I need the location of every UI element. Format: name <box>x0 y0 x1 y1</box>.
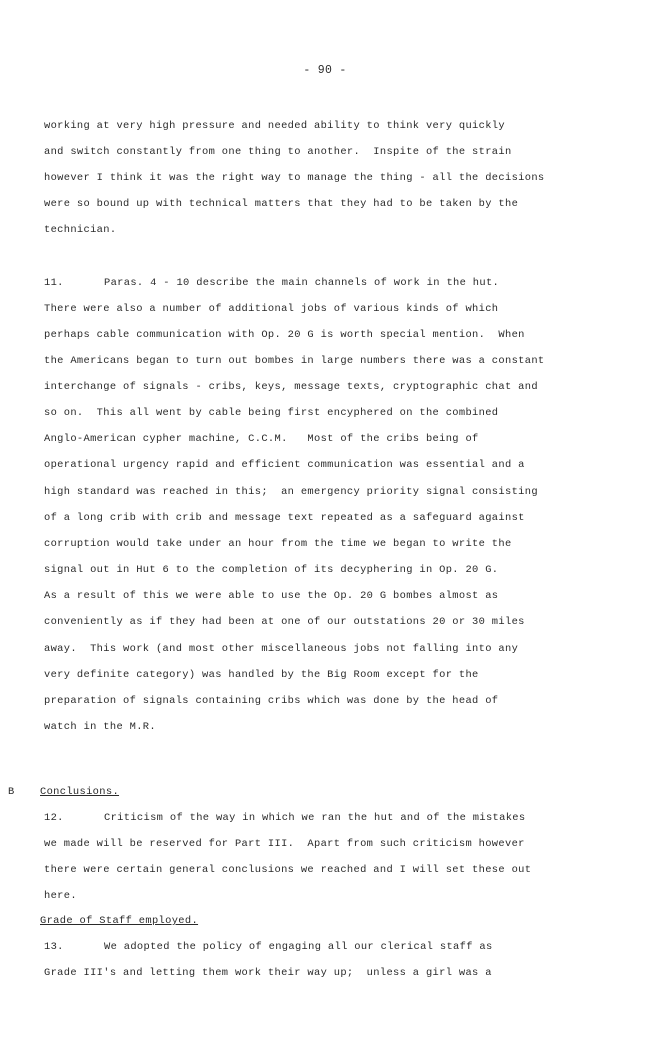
paragraph-11-line: so on. This all went by cable being firs… <box>44 407 498 420</box>
subheading: Grade of Staff employed. <box>40 915 198 928</box>
paragraph-number: 12. <box>44 812 104 825</box>
paragraph-12-line: there were certain general conclusions w… <box>44 864 531 877</box>
paragraph-12-line: we made will be reserved for Part III. A… <box>44 838 525 851</box>
section-letter: B <box>8 786 14 798</box>
paragraph-text: Paras. 4 - 10 describe the main channels… <box>104 277 499 289</box>
paragraph-12-first-line: 12.Criticism of the way in which we ran … <box>44 812 525 825</box>
paragraph-11-line: There were also a number of additional j… <box>44 303 498 316</box>
section-heading: Conclusions. <box>40 786 119 799</box>
paragraph-12-line: here. <box>44 890 77 903</box>
paragraph-11-line: operational urgency rapid and efficient … <box>44 459 525 472</box>
continuation-line: technician. <box>44 224 116 237</box>
page-number: - 90 - <box>0 64 650 77</box>
paragraph-text: We adopted the policy of engaging all ou… <box>104 941 493 953</box>
paragraph-11-line: preparation of signals containing cribs … <box>44 695 498 708</box>
paragraph-11-line: of a long crib with crib and message tex… <box>44 512 525 525</box>
paragraph-11-line: corruption would take under an hour from… <box>44 538 512 551</box>
continuation-line: working at very high pressure and needed… <box>44 120 505 133</box>
continuation-line: however I think it was the right way to … <box>44 172 545 185</box>
paragraph-text: Criticism of the way in which we ran the… <box>104 812 525 824</box>
document-page: - 90 - working at very high pressure and… <box>0 0 650 1043</box>
paragraph-11-line: signal out in Hut 6 to the completion of… <box>44 564 498 577</box>
paragraph-11-line: away. This work (and most other miscella… <box>44 643 518 656</box>
paragraph-11-line: conveniently as if they had been at one … <box>44 616 525 629</box>
paragraph-11-line: watch in the M.R. <box>44 721 156 734</box>
paragraph-11-line: very definite category) was handled by t… <box>44 669 479 682</box>
paragraph-11-line: Anglo-American cypher machine, C.C.M. Mo… <box>44 433 479 446</box>
paragraph-number: 13. <box>44 941 104 954</box>
continuation-line: were so bound up with technical matters … <box>44 198 518 211</box>
paragraph-11-line: interchange of signals - cribs, keys, me… <box>44 381 538 394</box>
paragraph-11-line: As a result of this we were able to use … <box>44 590 498 603</box>
continuation-line: and switch constantly from one thing to … <box>44 146 512 159</box>
paragraph-11-first-line: 11.Paras. 4 - 10 describe the main chann… <box>44 277 499 290</box>
paragraph-13-line: Grade III's and letting them work their … <box>44 967 492 980</box>
paragraph-13-first-line: 13.We adopted the policy of engaging all… <box>44 941 493 954</box>
paragraph-11-line: the Americans began to turn out bombes i… <box>44 355 545 368</box>
paragraph-11-line: perhaps cable communication with Op. 20 … <box>44 329 525 342</box>
paragraph-11-line: high standard was reached in this; an em… <box>44 486 538 499</box>
paragraph-number: 11. <box>44 277 104 290</box>
